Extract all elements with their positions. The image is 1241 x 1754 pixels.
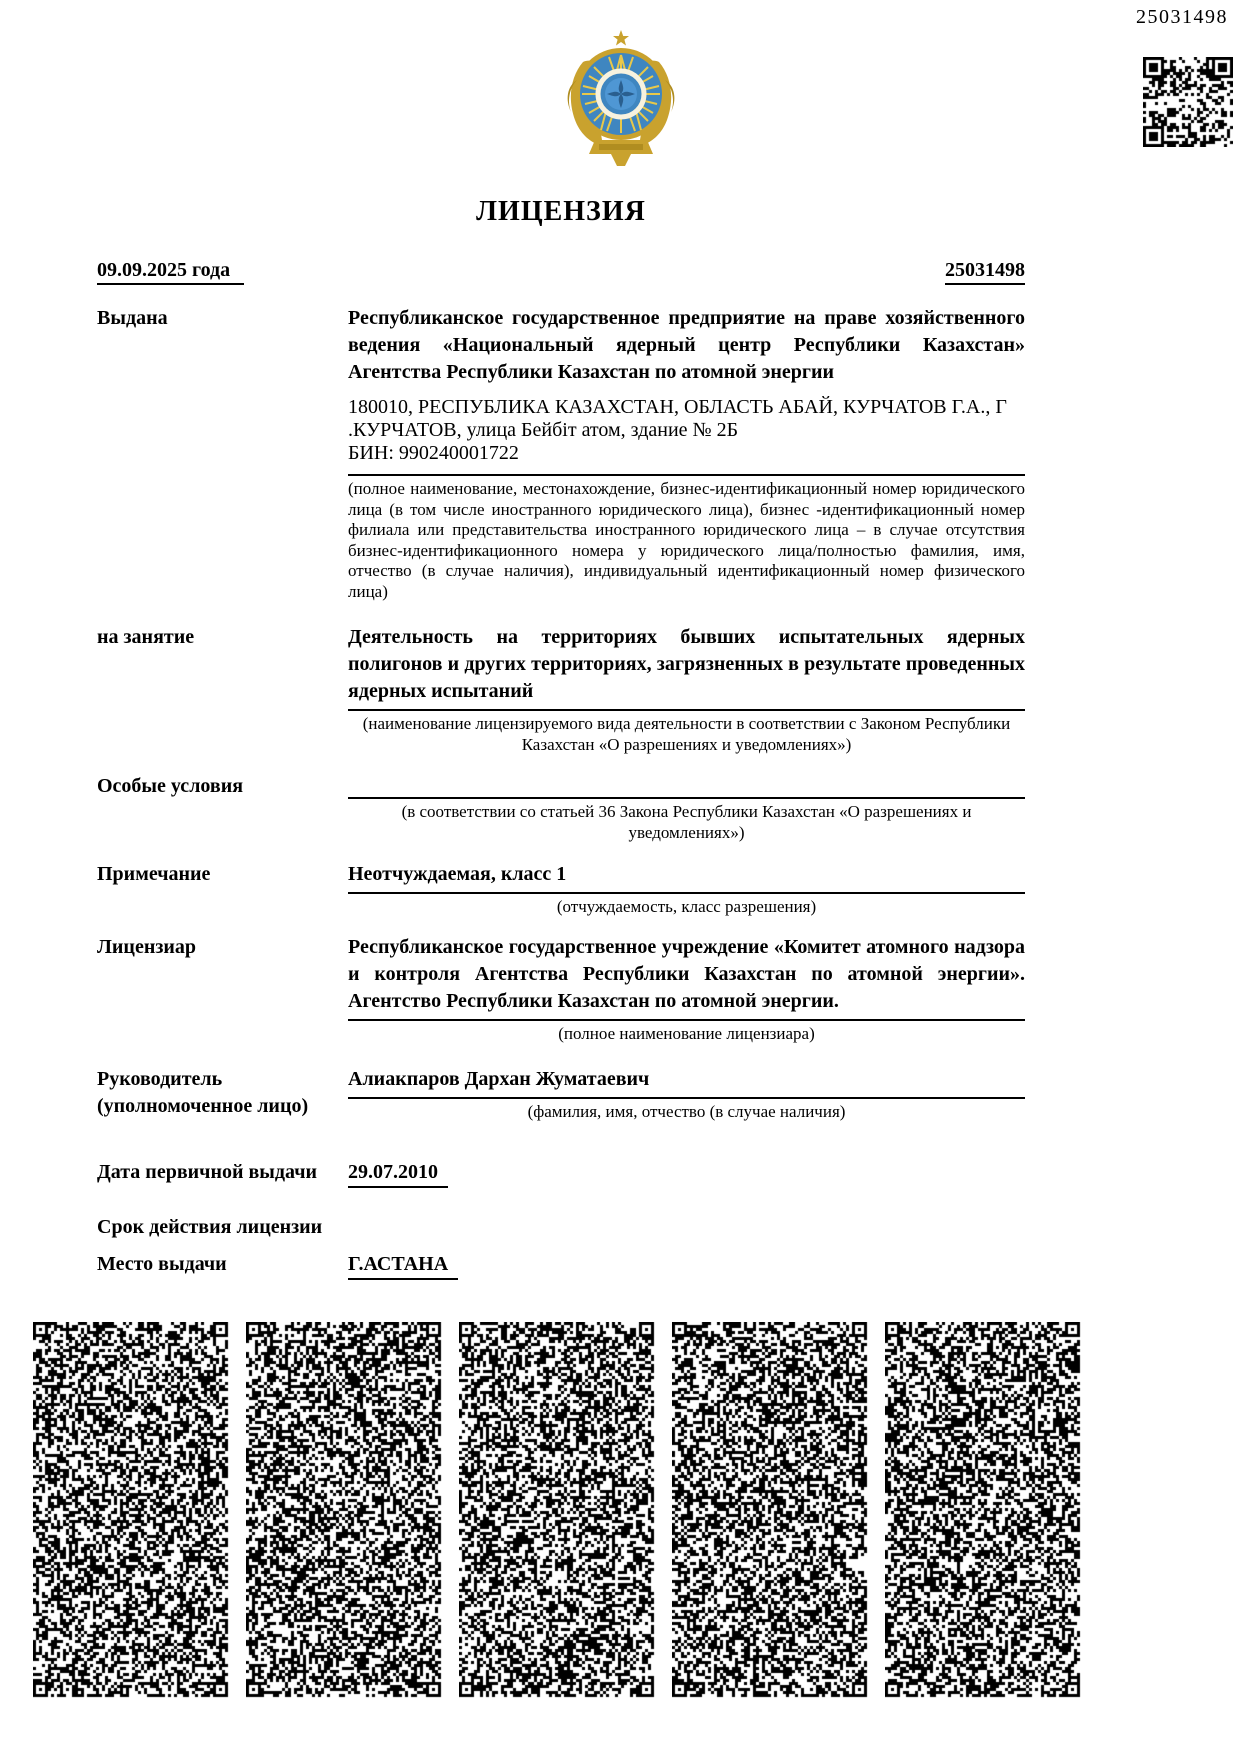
activity-value: Деятельность на территориях бывших испыт… [348, 624, 1025, 705]
special-conditions-value-cell: (в соответствии со статьей 36 Закона Рес… [348, 773, 1025, 843]
issued-to-label: Выдана [97, 305, 348, 602]
first-issue-value-cell: 29.07.2010 [348, 1159, 1025, 1188]
qr-data-block [246, 1322, 443, 1699]
issue-line: 09.09.2025 года 25031498 [97, 257, 1025, 285]
qr-data-block [672, 1322, 869, 1699]
special-conditions-caption: (в соответствии со статьей 36 Закона Рес… [348, 802, 1025, 843]
issued-to-caption: (полное наименование, местонахождение, б… [348, 479, 1025, 602]
document-title: ЛИЦЕНЗИЯ [97, 195, 1025, 229]
emblem-container [0, 0, 1241, 171]
head-caption: (фамилия, имя, отчество (в случае наличи… [348, 1102, 1025, 1123]
licensor-value: Республиканское государственное учрежден… [348, 934, 1025, 1015]
head-label: Руководитель (уполномоченное лицо) [97, 1066, 348, 1123]
licensee-bin: БИН: 990240001722 [348, 442, 1025, 465]
licensee-name: Республиканское государственное предприя… [348, 305, 1025, 386]
field-divider [348, 797, 1025, 799]
field-validity: Срок действия лицензии [97, 1214, 1025, 1241]
field-divider [348, 892, 1025, 894]
place-value: Г.АСТАНА [348, 1251, 458, 1280]
kazakhstan-coat-of-arms-icon [561, 28, 681, 166]
empty-value [348, 773, 1025, 793]
note-caption: (отчуждаемость, класс разрешения) [348, 897, 1025, 918]
document-body: ЛИЦЕНЗИЯ 09.09.2025 года 25031498 Выдана… [97, 195, 1025, 1280]
qr-code-top [1143, 57, 1233, 147]
field-divider [348, 709, 1025, 711]
head-value: Алиакпаров Дархан Жуматаевич [348, 1066, 1025, 1093]
field-place: Место выдачи Г.АСТАНА [97, 1251, 1025, 1280]
note-label: Примечание [97, 861, 348, 918]
issue-date: 09.09.2025 года [97, 257, 244, 285]
licensor-caption: (полное наименование лицензиара) [348, 1024, 1025, 1045]
note-value-cell: Неотчуждаемая, класс 1 (отчуждаемость, к… [348, 861, 1025, 918]
licensee-address: 180010, РЕСПУБЛИКА КАЗАХСТАН, ОБЛАСТЬ АБ… [348, 396, 1025, 442]
head-label-line2: (уполномоченное лицо) [97, 1093, 336, 1120]
license-document: 25031498 [0, 0, 1241, 1754]
field-divider [348, 474, 1025, 476]
field-divider [348, 1019, 1025, 1021]
validity-label: Срок действия лицензии [97, 1214, 348, 1241]
qr-data-strip [33, 1322, 1082, 1699]
field-first-issue: Дата первичной выдачи 29.07.2010 [97, 1159, 1025, 1188]
place-label: Место выдачи [97, 1251, 348, 1280]
head-label-line1: Руководитель [97, 1066, 336, 1093]
special-conditions-label: Особые условия [97, 773, 348, 843]
qr-data-block [33, 1322, 230, 1699]
field-head: Руководитель (уполномоченное лицо) Алиак… [97, 1066, 1025, 1123]
field-special-conditions: Особые условия (в соответствии со статье… [97, 773, 1025, 843]
field-activity: на занятие Деятельность на территориях б… [97, 624, 1025, 755]
first-issue-date: 29.07.2010 [348, 1159, 448, 1188]
qr-data-block [885, 1322, 1082, 1699]
first-issue-label: Дата первичной выдачи [97, 1159, 348, 1188]
license-number: 25031498 [945, 257, 1025, 285]
doc-number-top: 25031498 [1136, 6, 1228, 29]
field-licensor: Лицензиар Республиканское государственно… [97, 934, 1025, 1045]
note-value: Неотчуждаемая, класс 1 [348, 861, 1025, 888]
field-issued-to: Выдана Республиканское государственное п… [97, 305, 1025, 602]
qr-data-block [459, 1322, 656, 1699]
activity-caption: (наименование лицензируемого вида деятел… [348, 714, 1025, 755]
issued-to-value-cell: Республиканское государственное предприя… [348, 305, 1025, 602]
validity-value-cell [348, 1214, 1025, 1241]
place-value-cell: Г.АСТАНА [348, 1251, 1025, 1280]
licensor-value-cell: Республиканское государственное учрежден… [348, 934, 1025, 1045]
head-value-cell: Алиакпаров Дархан Жуматаевич (фамилия, и… [348, 1066, 1025, 1123]
activity-value-cell: Деятельность на территориях бывших испыт… [348, 624, 1025, 755]
field-note: Примечание Неотчуждаемая, класс 1 (отчуж… [97, 861, 1025, 918]
activity-label: на занятие [97, 624, 348, 755]
field-divider [348, 1097, 1025, 1099]
licensor-label: Лицензиар [97, 934, 348, 1045]
